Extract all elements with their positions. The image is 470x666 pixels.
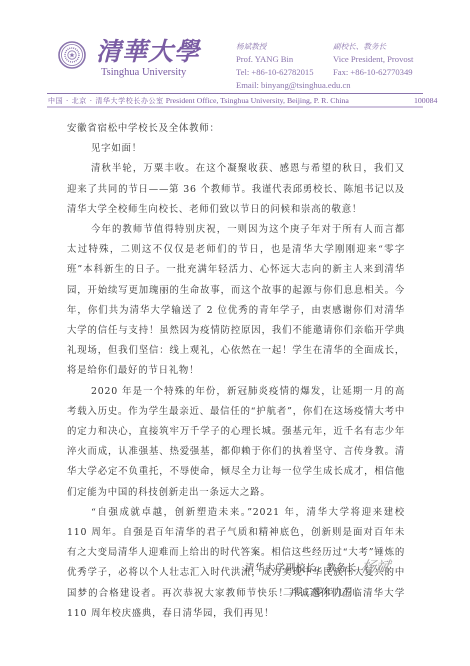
contact-right: 副校长、教务长 Vice President, Provost Fax: +86… [333,40,413,79]
salutation: 安徽省宿松中学校长及全体教师： [67,119,405,139]
title-en: Vice President, Provost [333,53,413,66]
address-en: President Office, Tsinghua University, B… [166,96,349,105]
paragraph: 2020 年是一个特殊的年份，新冠肺炎疫情的爆发，让延期一月的高考载入历史。作为… [67,382,405,503]
letterhead: 清華大學 Tsinghua University 杨斌教授 Prof. YANG… [0,0,470,110]
address-line: 中国 · 北京 · 清华大学校长办公室 President Office, Ts… [48,96,349,106]
email[interactable]: Email: binyang@tsinghua.edu.cn [236,79,351,92]
paragraph: 见字如面！ [67,139,405,159]
signature-title: 清华大学副校长、教务长 [245,560,357,574]
university-name-cn: 清華大學 [96,38,200,66]
letter-body: 安徽省宿松中学校长及全体教师： 见字如面！ 清秋半轮，万粟丰收。在这个凝聚收获、… [67,119,405,624]
fax: Fax: +86-10-62770349 [333,66,413,79]
paragraph: 今年的教师节值得特别庆祝，一则因为这个庚子年对于所有人而言都太过特殊，二则这不仅… [67,220,405,382]
address-cn: 中国 · 北京 · 清华大学校长办公室 [48,97,164,105]
university-name-en: Tsinghua University [101,67,186,78]
header-divider [47,93,423,94]
letter-date: 二零二零年九月 [283,584,354,598]
paragraph: 清秋半轮，万粟丰收。在这个凝聚收获、感恩与希望的秋日，我们又迎来了共同的节日——… [67,159,405,220]
title-cn: 副校长、教务长 [333,40,413,53]
handwritten-signature: 杨斌 [359,556,391,577]
tsinghua-seal-icon [58,41,86,69]
postcode: 100084 [414,96,437,105]
address-divider [47,106,423,108]
